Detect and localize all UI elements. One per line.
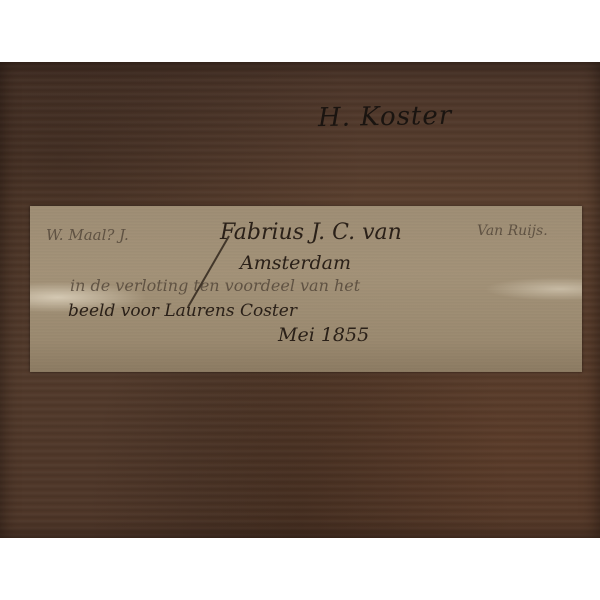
label-left-note: W. Maal? J.	[46, 226, 129, 244]
label-line-3: in de verloting ten voordeel van het	[70, 276, 360, 295]
pen-stroke	[187, 236, 230, 308]
label-city: Amsterdam	[240, 252, 351, 274]
label-artist-line: Fabrius J. C. van	[220, 220, 402, 245]
label-line-4: beeld voor Laurens Coster	[68, 301, 297, 321]
ink-signature: H. Koster	[318, 101, 453, 133]
label-right-note: Van Ruijs.	[477, 223, 548, 239]
paper-label: W. Maal? J. Fabrius J. C. van Van Ruijs.…	[30, 206, 582, 372]
label-date: Mei 1855	[278, 324, 369, 346]
